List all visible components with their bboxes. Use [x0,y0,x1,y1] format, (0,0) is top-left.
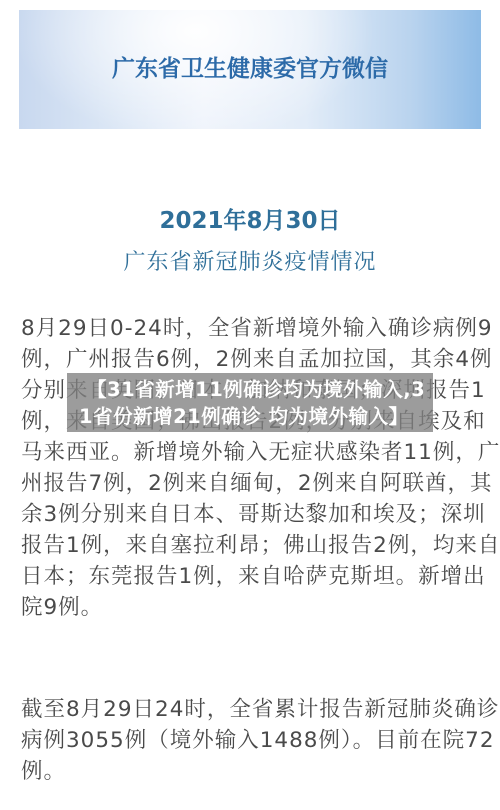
paragraph-line: 截至8月29日24时，全省累计报告新冠肺炎确诊 [21,694,481,725]
paragraph-line: 例。 [21,756,481,787]
paragraph-line: 马来西亚。新增境外输入无症状感染者11例，广 [21,437,481,468]
paragraph-line: 院9例。 [21,592,481,623]
paragraph-line: 日本；东莞报告1例，来自哈萨克斯坦。新增出 [21,561,481,592]
paragraph-line: 例，广州报告6例，2例来自孟加拉国，其余4例 [21,344,481,375]
report-subtitle: 广东省新冠肺炎疫情情况 [0,245,500,276]
cumulative-report-paragraph: 截至8月29日24时，全省累计报告新冠肺炎确诊 病例3055例（境外输入1488… [21,694,481,787]
daily-report-paragraph: 8月29日0-24时，全省新增境外输入确诊病例9 例，广州报告6例，2例来自孟加… [21,313,481,623]
paragraph-line: 州报告7例，2例来自缅甸，2例来自阿联酋，其 [21,468,481,499]
headline-caption-overlay: 【31省新增11例确诊均为境外输入,3 1省份新增21例确诊 均为境外输入】 [67,373,433,432]
paragraph-line: 病例3055例（境外输入1488例）。目前在院72 [21,725,481,756]
paragraph-line: 报告1例，来自塞拉利昂；佛山报告2例，均来自 [21,530,481,561]
report-date: 2021年8月30日 [0,202,500,235]
caption-line: 1省份新增21例确诊 均为境外输入】 [67,403,433,430]
paragraph-line: 余3例分别来自日本、哥斯达黎加和埃及；深圳 [21,499,481,530]
caption-line: 【31省新增11例确诊均为境外输入,3 [67,376,433,403]
paragraph-line: 8月29日0-24时，全省新增境外输入确诊病例9 [21,313,481,344]
banner-title: 广东省卫生健康委官方微信 [112,50,388,83]
header-banner: 广东省卫生健康委官方微信 [19,10,481,129]
